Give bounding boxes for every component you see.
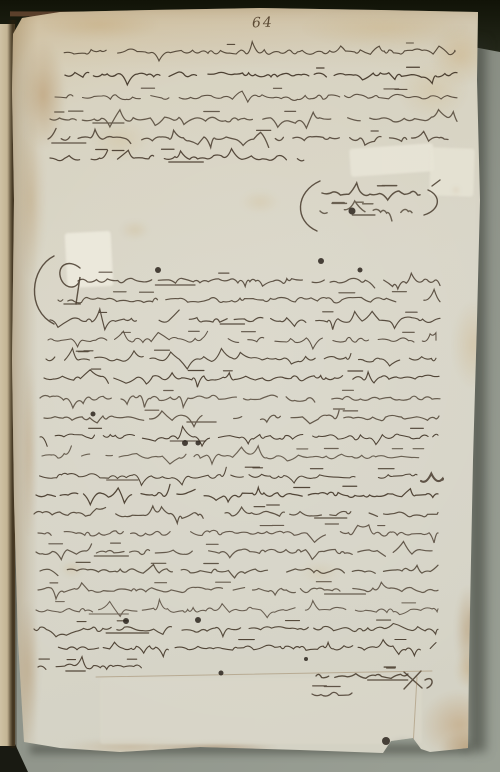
handwritten-line — [42, 446, 424, 464]
crease-line — [413, 677, 417, 747]
handwritten-line — [36, 600, 438, 618]
chancery-note-tail-flourish — [424, 180, 440, 215]
ink-spot — [349, 208, 356, 215]
handwritten-line — [48, 331, 436, 349]
folio-number: 64 — [252, 15, 274, 32]
handwritten-line — [58, 289, 440, 304]
handwritten-line — [316, 667, 408, 680]
handwritten-line — [46, 348, 436, 369]
chancery-note — [320, 183, 420, 221]
handwritten-line — [40, 426, 438, 446]
manuscript-photograph: 64 — [0, 0, 500, 772]
handwritten-line — [55, 88, 457, 102]
handwritten-line — [320, 201, 412, 221]
handwritten-line — [421, 474, 443, 482]
ink-spot — [155, 267, 161, 273]
body-paragraph — [34, 272, 440, 671]
handwritten-line — [40, 562, 438, 578]
ink-spot — [304, 657, 308, 661]
handwritten-line — [36, 542, 432, 560]
handwritten-line — [44, 409, 439, 427]
handwritten-line — [36, 484, 438, 504]
handwritten-line — [50, 309, 440, 330]
ink-spot — [219, 671, 224, 676]
handwritten-line — [38, 524, 438, 543]
handwritten-line — [78, 272, 440, 289]
handwritten-line — [44, 369, 439, 387]
ink-spot — [195, 617, 201, 623]
handwritten-line — [50, 110, 457, 129]
handwritten-line — [40, 390, 440, 408]
ink-spot — [91, 412, 96, 417]
manuscript-page: 64 — [0, 0, 500, 772]
ink-spot — [358, 268, 363, 273]
ink-spot — [196, 441, 201, 446]
handwritten-line — [34, 620, 438, 637]
handwritten-line — [322, 183, 420, 200]
body-paragraph-bracket-flourish — [34, 256, 54, 324]
ink-spot — [123, 618, 129, 624]
ink-spots — [91, 208, 391, 746]
handwritten-line — [50, 149, 304, 162]
chancery-note-bracket-flourish — [300, 181, 320, 231]
handwritten-line — [48, 128, 448, 147]
handwritten-line — [64, 42, 455, 61]
crease-lines — [96, 671, 432, 747]
marginal-mark — [421, 474, 443, 482]
handwritten-line — [38, 582, 438, 599]
ink-spot — [382, 737, 390, 745]
handwritten-line — [38, 657, 141, 671]
ink-spot — [318, 258, 324, 264]
handwritten-line — [312, 686, 352, 696]
flourishes — [34, 180, 440, 689]
ink-spot — [182, 440, 188, 446]
handwritten-line — [58, 640, 436, 657]
initial-letter-p — [60, 264, 80, 304]
handwritten-line — [40, 467, 418, 485]
handwritten-line — [34, 505, 438, 523]
handwriting-layer — [0, 0, 500, 772]
handwritten-line — [65, 67, 457, 85]
opening-paragraph — [48, 42, 457, 162]
